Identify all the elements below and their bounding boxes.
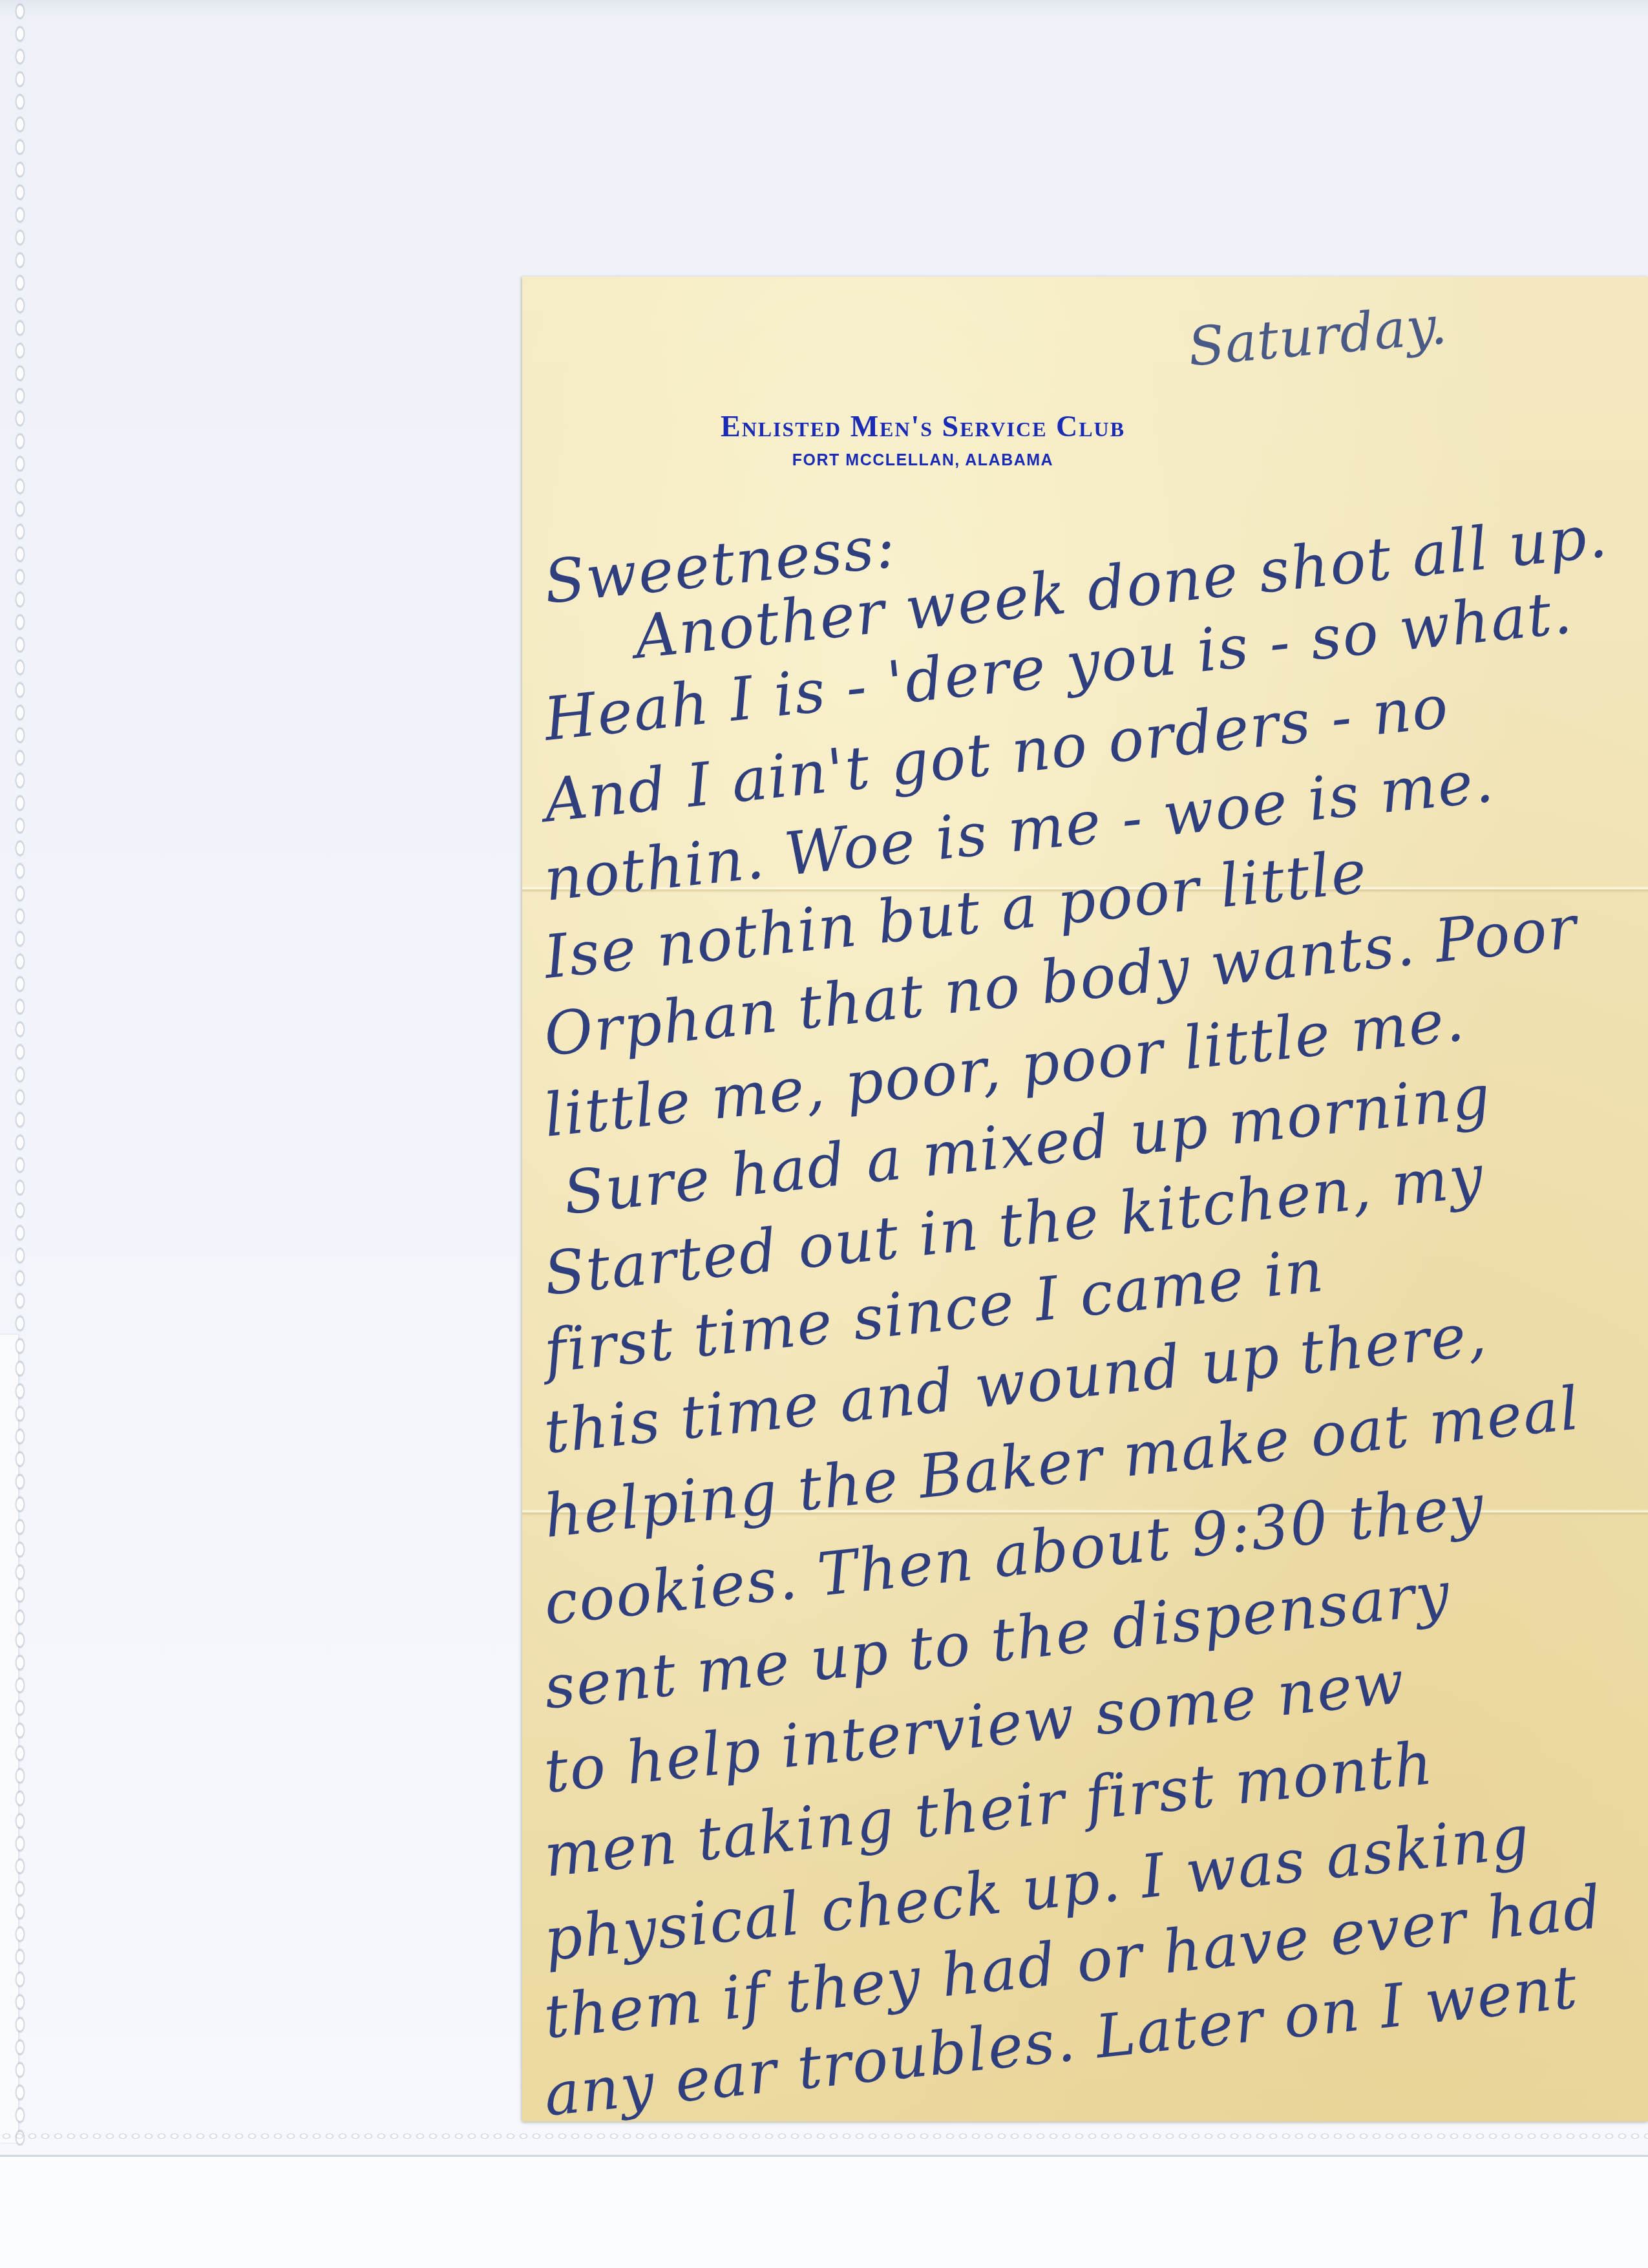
letter-body: Sweetness: Another week done shot all up… [522, 277, 1648, 2121]
scanner-bed [0, 2157, 1648, 2268]
letter-sheet: Saturday. Enlisted Men's Service Club Fo… [522, 277, 1648, 2121]
sleeve-left-perforation [14, 0, 26, 2146]
sleeve-top-edge [0, 0, 1648, 18]
sleeve-bottom-perforation [0, 2131, 1648, 2141]
